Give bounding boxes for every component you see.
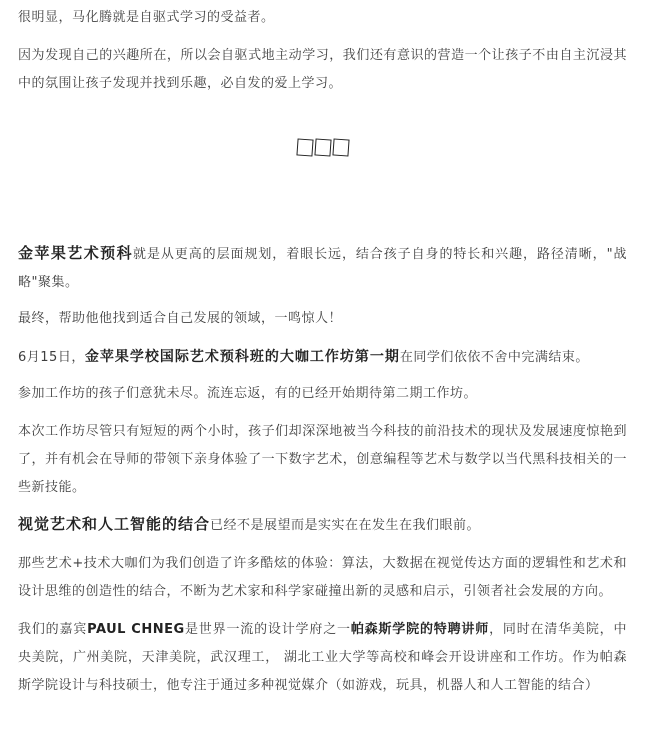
paragraph-3: 金苹果艺术预科就是从更高的层面规划，着眼长远，结合孩子自身的特长和兴趣，路径清晰… bbox=[18, 239, 627, 297]
guest-name: PAUL CHNEG bbox=[87, 622, 185, 637]
paragraph-text: 在同学们依依不舍中完满结束。 bbox=[400, 350, 589, 365]
paragraph-7: 本次工作坊尽管只有短短的两个小时，孩子们却深深地被当今科技的前沿技术的现状及发展… bbox=[18, 418, 627, 502]
paragraph-8: 视觉艺术和人工智能的结合已经不是展望而是实实在在发生在我们眼前。 bbox=[18, 510, 627, 540]
paragraph-text: 已经不是展望而是实实在在发生在我们眼前。 bbox=[210, 518, 480, 533]
broken-image-placeholder bbox=[18, 98, 627, 233]
highlight-text: 视觉艺术和人工智能的结合 bbox=[18, 515, 210, 533]
highlight-text: 帕森斯学院的特聘讲师 bbox=[351, 622, 489, 637]
missing-glyph-icon bbox=[296, 138, 313, 156]
paragraph-4: 最终，帮助他他找到适合自己发展的领域，一鸣惊人！ bbox=[18, 305, 627, 333]
paragraph-1: 很明显，马化腾就是自驱式学习的受益者。 bbox=[18, 4, 627, 32]
paragraph-10: 我们的嘉宾PAUL CHNEG是世界一流的设计学府之一帕森斯学院的特聘讲师，同时… bbox=[18, 616, 627, 700]
paragraph-2: 因为发现自己的兴趣所在，所以会自驱式地主动学习，我们还有意识的营造一个让孩子不由… bbox=[18, 42, 627, 98]
paragraph-5: 6月15日，金苹果学校国际艺术预科班的大咖工作坊第一期在同学们依依不舍中完满结束… bbox=[18, 343, 627, 372]
article-body: 很明显，马化腾就是自驱式学习的受益者。 因为发现自己的兴趣所在，所以会自驱式地主… bbox=[0, 4, 645, 700]
paragraph-text: 我们的嘉宾 bbox=[18, 622, 87, 637]
paragraph-6: 参加工作坊的孩子们意犹未尽。流连忘返，有的已经开始期待第二期工作坊。 bbox=[18, 380, 627, 408]
date-text: 6月15日， bbox=[18, 350, 85, 365]
paragraph-9: 那些艺术+技术大咖们为我们创造了许多酷炫的体验：算法，大数据在视觉传达方面的逻辑… bbox=[18, 550, 627, 606]
highlight-text: 金苹果艺术预科 bbox=[18, 244, 133, 262]
highlight-text: 金苹果学校国际艺术预科班的大咖工作坊第一期 bbox=[85, 349, 400, 365]
missing-glyph-icon bbox=[314, 138, 331, 156]
missing-glyph-icon bbox=[332, 138, 349, 156]
paragraph-text: 是世界一流的设计学府之一 bbox=[185, 622, 351, 637]
